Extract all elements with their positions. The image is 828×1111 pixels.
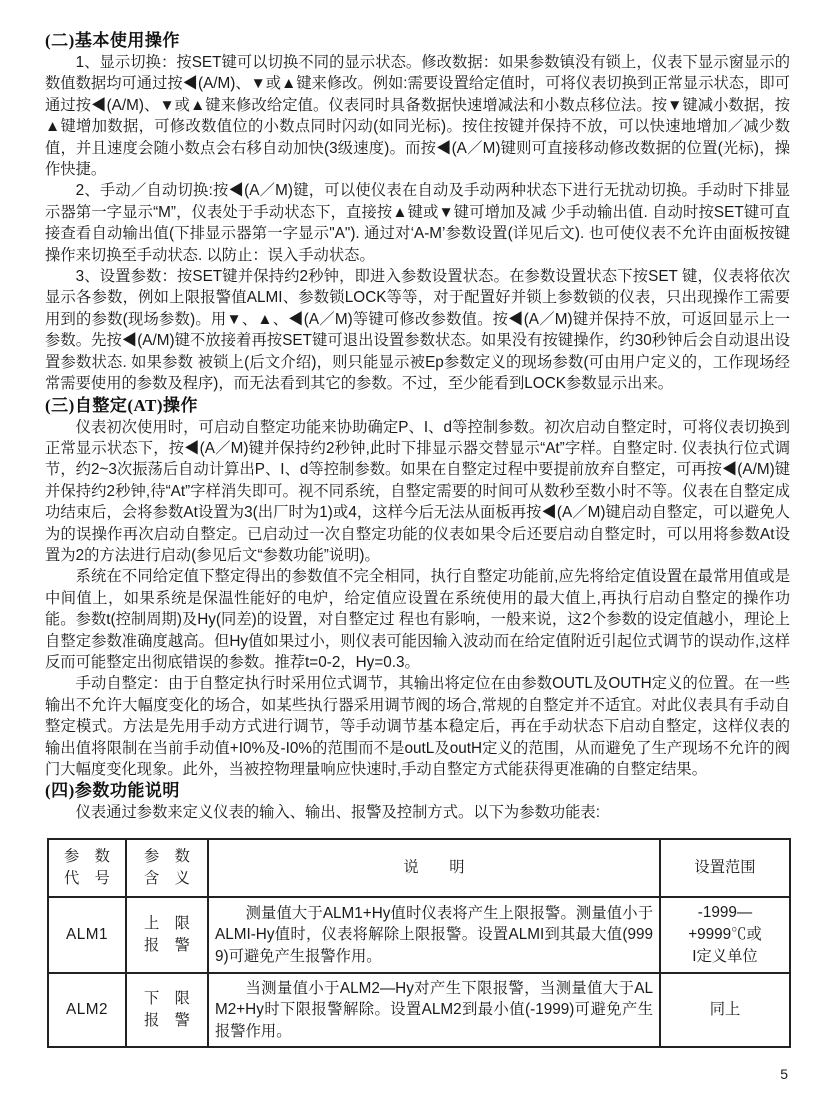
header-setting-range-label: 设置范围 xyxy=(667,857,783,879)
section-heading-parameter-functions: (四)参数功能说明 xyxy=(45,780,790,802)
alm2-code-cell: ALM2 xyxy=(48,973,126,1048)
alm1-range-line1: -1999— xyxy=(667,902,783,924)
table-row-alm1: ALM1 上 限 报 警 测量值大于ALM1+Hy值时仪表将产生上限报警。测量值… xyxy=(48,897,790,973)
paragraph-display-switch: 1、显示切换：按SET键可以切换不同的显示状态。修改数据：如果参数镇没有锁上，仪… xyxy=(45,52,790,180)
section-heading-basic-operation: (二)基本使用操作 xyxy=(45,30,790,52)
paragraph-autotune-start: 仪表初次使用时，可启动自整定功能来协助确定P、I、d等控制参数。初次启动自整定时… xyxy=(45,417,790,567)
header-param-code-line2: 代 号 xyxy=(55,868,119,890)
paragraph-autotune-setpoint: 系统在不同给定值下整定得出的参数值不完全相同，执行自整定功能前,应先将给定值设置… xyxy=(45,566,790,673)
alm2-range-cell: 同上 xyxy=(660,973,790,1048)
alm2-description-cell: 当测量值小于ALM2—Hy对产生下限报警，当测量值大于ALM2+Hy时下限报警解… xyxy=(208,973,660,1048)
alm1-meaning-line2: 报 警 xyxy=(133,935,201,957)
header-param-meaning-line1: 参 数 xyxy=(133,846,201,868)
header-param-meaning-line2: 含 义 xyxy=(133,868,201,890)
document-page: (二)基本使用操作 1、显示切换：按SET键可以切换不同的显示状态。修改数据：如… xyxy=(0,0,828,1111)
header-param-code: 参 数 代 号 xyxy=(48,839,126,897)
alm1-range-line2: +9999℃或 xyxy=(667,924,783,946)
alm1-code-cell: ALM1 xyxy=(48,897,126,973)
alm1-range-cell: -1999— +9999℃或 I定义单位 xyxy=(660,897,790,973)
alm1-range-line3: I定义单位 xyxy=(667,946,783,968)
section-heading-autotune: (三)自整定(AT)操作 xyxy=(45,395,790,417)
alm2-meaning-cell: 下 限 报 警 xyxy=(126,973,208,1048)
page-number: 5 xyxy=(780,1066,788,1082)
alm1-description-cell: 测量值大于ALM1+Hy值时仪表将产生上限报警。测量值小于ALMI-Hy值时，仪… xyxy=(208,897,660,973)
paragraph-set-parameters: 3、设置参数：按SET键并保持约2秒钟，即进入参数设置状态。在参数设置状态下按S… xyxy=(45,266,790,394)
alm1-meaning-cell: 上 限 报 警 xyxy=(126,897,208,973)
header-setting-range: 设置范围 xyxy=(660,839,790,897)
header-param-code-line1: 参 数 xyxy=(55,846,119,868)
header-description: 说 明 xyxy=(208,839,660,897)
header-description-label: 说 明 xyxy=(215,857,653,879)
table-row-alm2: ALM2 下 限 报 警 当测量值小于ALM2—Hy对产生下限报警，当测量值大于… xyxy=(48,973,790,1048)
alm2-meaning-line1: 下 限 xyxy=(133,988,201,1010)
header-param-meaning: 参 数 含 义 xyxy=(126,839,208,897)
paragraph-parameter-intro: 仪表通过参数来定义仪表的输入、输出、报警及控制方式。以下为参数功能表: xyxy=(45,802,790,823)
paragraph-manual-autotune: 手动自整定：由于自整定执行时采用位式调节，其输出将定位在由参数OUTL及OUTH… xyxy=(45,673,790,780)
alm1-meaning-line1: 上 限 xyxy=(133,913,201,935)
table-header-row: 参 数 代 号 参 数 含 义 说 明 设置范围 xyxy=(48,839,790,897)
paragraph-manual-auto-switch: 2、手动／自动切换:按◀(A／M)键，可以使仪表在自动及手动两种状态下进行无扰动… xyxy=(45,180,790,266)
alm2-range-line1: 同上 xyxy=(667,999,783,1021)
alm2-meaning-line2: 报 警 xyxy=(133,1010,201,1032)
parameter-function-table: 参 数 代 号 参 数 含 义 说 明 设置范围 ALM1 上 限 xyxy=(47,838,791,1049)
